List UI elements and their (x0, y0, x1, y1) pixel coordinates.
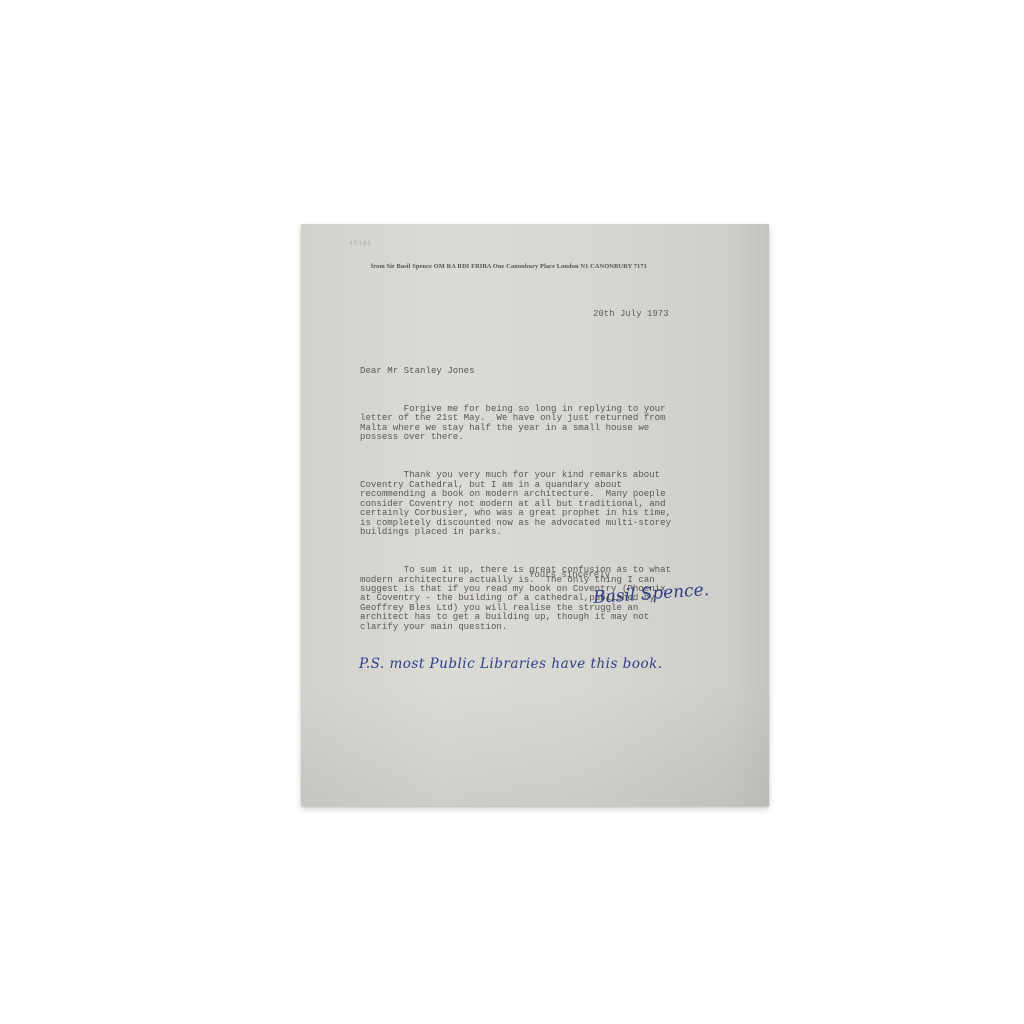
salutation: Dear Mr Stanley Jones (360, 366, 720, 375)
paragraph-1: Forgive me for being so long in replying… (360, 404, 720, 442)
letter-date: 20th July 1973 (593, 309, 669, 319)
reference-number: 48165 (349, 240, 372, 247)
letter-sheet: 48165 from Sir Basil Spence OM RA RDI FR… (301, 224, 769, 806)
closing: Yours sincerely (529, 570, 610, 580)
letterhead: from Sir Basil Spence OM RA RDI FRIBA On… (371, 263, 757, 270)
paragraph-2: Thank you very much for your kind remark… (360, 470, 720, 536)
handwritten-postscript: P.S. most Public Libraries have this boo… (359, 656, 663, 672)
letter-body: Dear Mr Stanley Jones Forgive me for bei… (360, 347, 720, 660)
